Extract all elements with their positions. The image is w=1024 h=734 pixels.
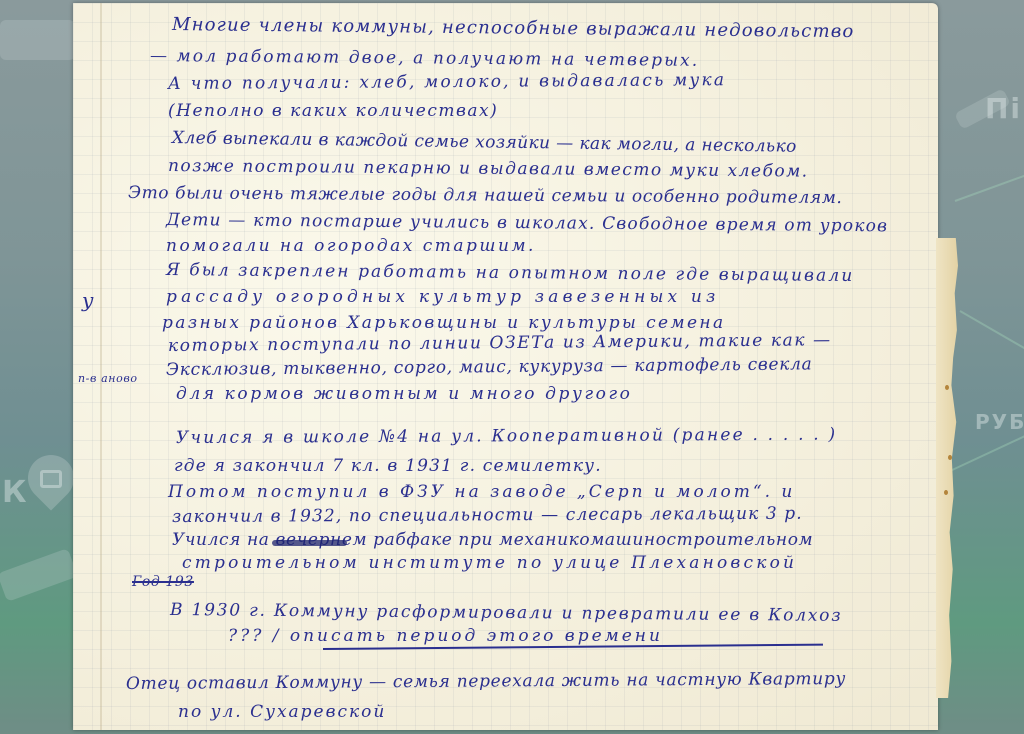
text-line: для кормов животным и много другого bbox=[176, 384, 633, 404]
background-label: РУБ bbox=[975, 410, 1024, 434]
text-line: где я закончил 7 кл. в 1931 г. семилетку… bbox=[174, 456, 602, 476]
text-line: помогали на огородах старшим. bbox=[166, 236, 536, 256]
text-line: А что получали: хлеб, молоко, и выдавала… bbox=[168, 70, 726, 94]
background-line bbox=[955, 169, 1024, 202]
struck-text: Год 193 bbox=[132, 574, 194, 590]
text-line: (Неполно в каких количествах) bbox=[168, 101, 498, 121]
text-line: Учился я в школе №4 на ул. Кооперативной… bbox=[176, 425, 837, 448]
text-line: Учился на вечернем рабфаке при механиком… bbox=[172, 530, 813, 550]
stain bbox=[948, 455, 952, 460]
text-line: по ул. Сухаревской bbox=[178, 702, 386, 722]
background-line bbox=[950, 432, 1024, 472]
margin-note: у bbox=[82, 288, 94, 312]
text-line: ??? / описать период этого времени bbox=[228, 626, 663, 646]
background-road-shape bbox=[0, 548, 78, 602]
text-line: строительном институте по улице Плеханов… bbox=[182, 553, 797, 573]
text-line: Потом поступил в ФЗУ на заводе „Серп и м… bbox=[168, 482, 795, 502]
scribble-crossout bbox=[272, 540, 347, 546]
background-label: Пі bbox=[985, 92, 1022, 125]
stain bbox=[944, 490, 948, 495]
text-line: разных районов Харьковщины и культуры се… bbox=[162, 313, 726, 333]
page-fold-line bbox=[100, 3, 102, 730]
text-line: закончил в 1932, по специальности — слес… bbox=[172, 504, 803, 527]
background-road-shape bbox=[0, 20, 75, 60]
margin-note: п-в аново bbox=[78, 372, 138, 385]
background-line bbox=[960, 310, 1024, 357]
shopping-bag-icon bbox=[40, 470, 62, 488]
background-label: К bbox=[2, 475, 29, 510]
stain bbox=[945, 385, 949, 390]
text-line: рассаду огородных культур завезенных из bbox=[166, 287, 720, 307]
